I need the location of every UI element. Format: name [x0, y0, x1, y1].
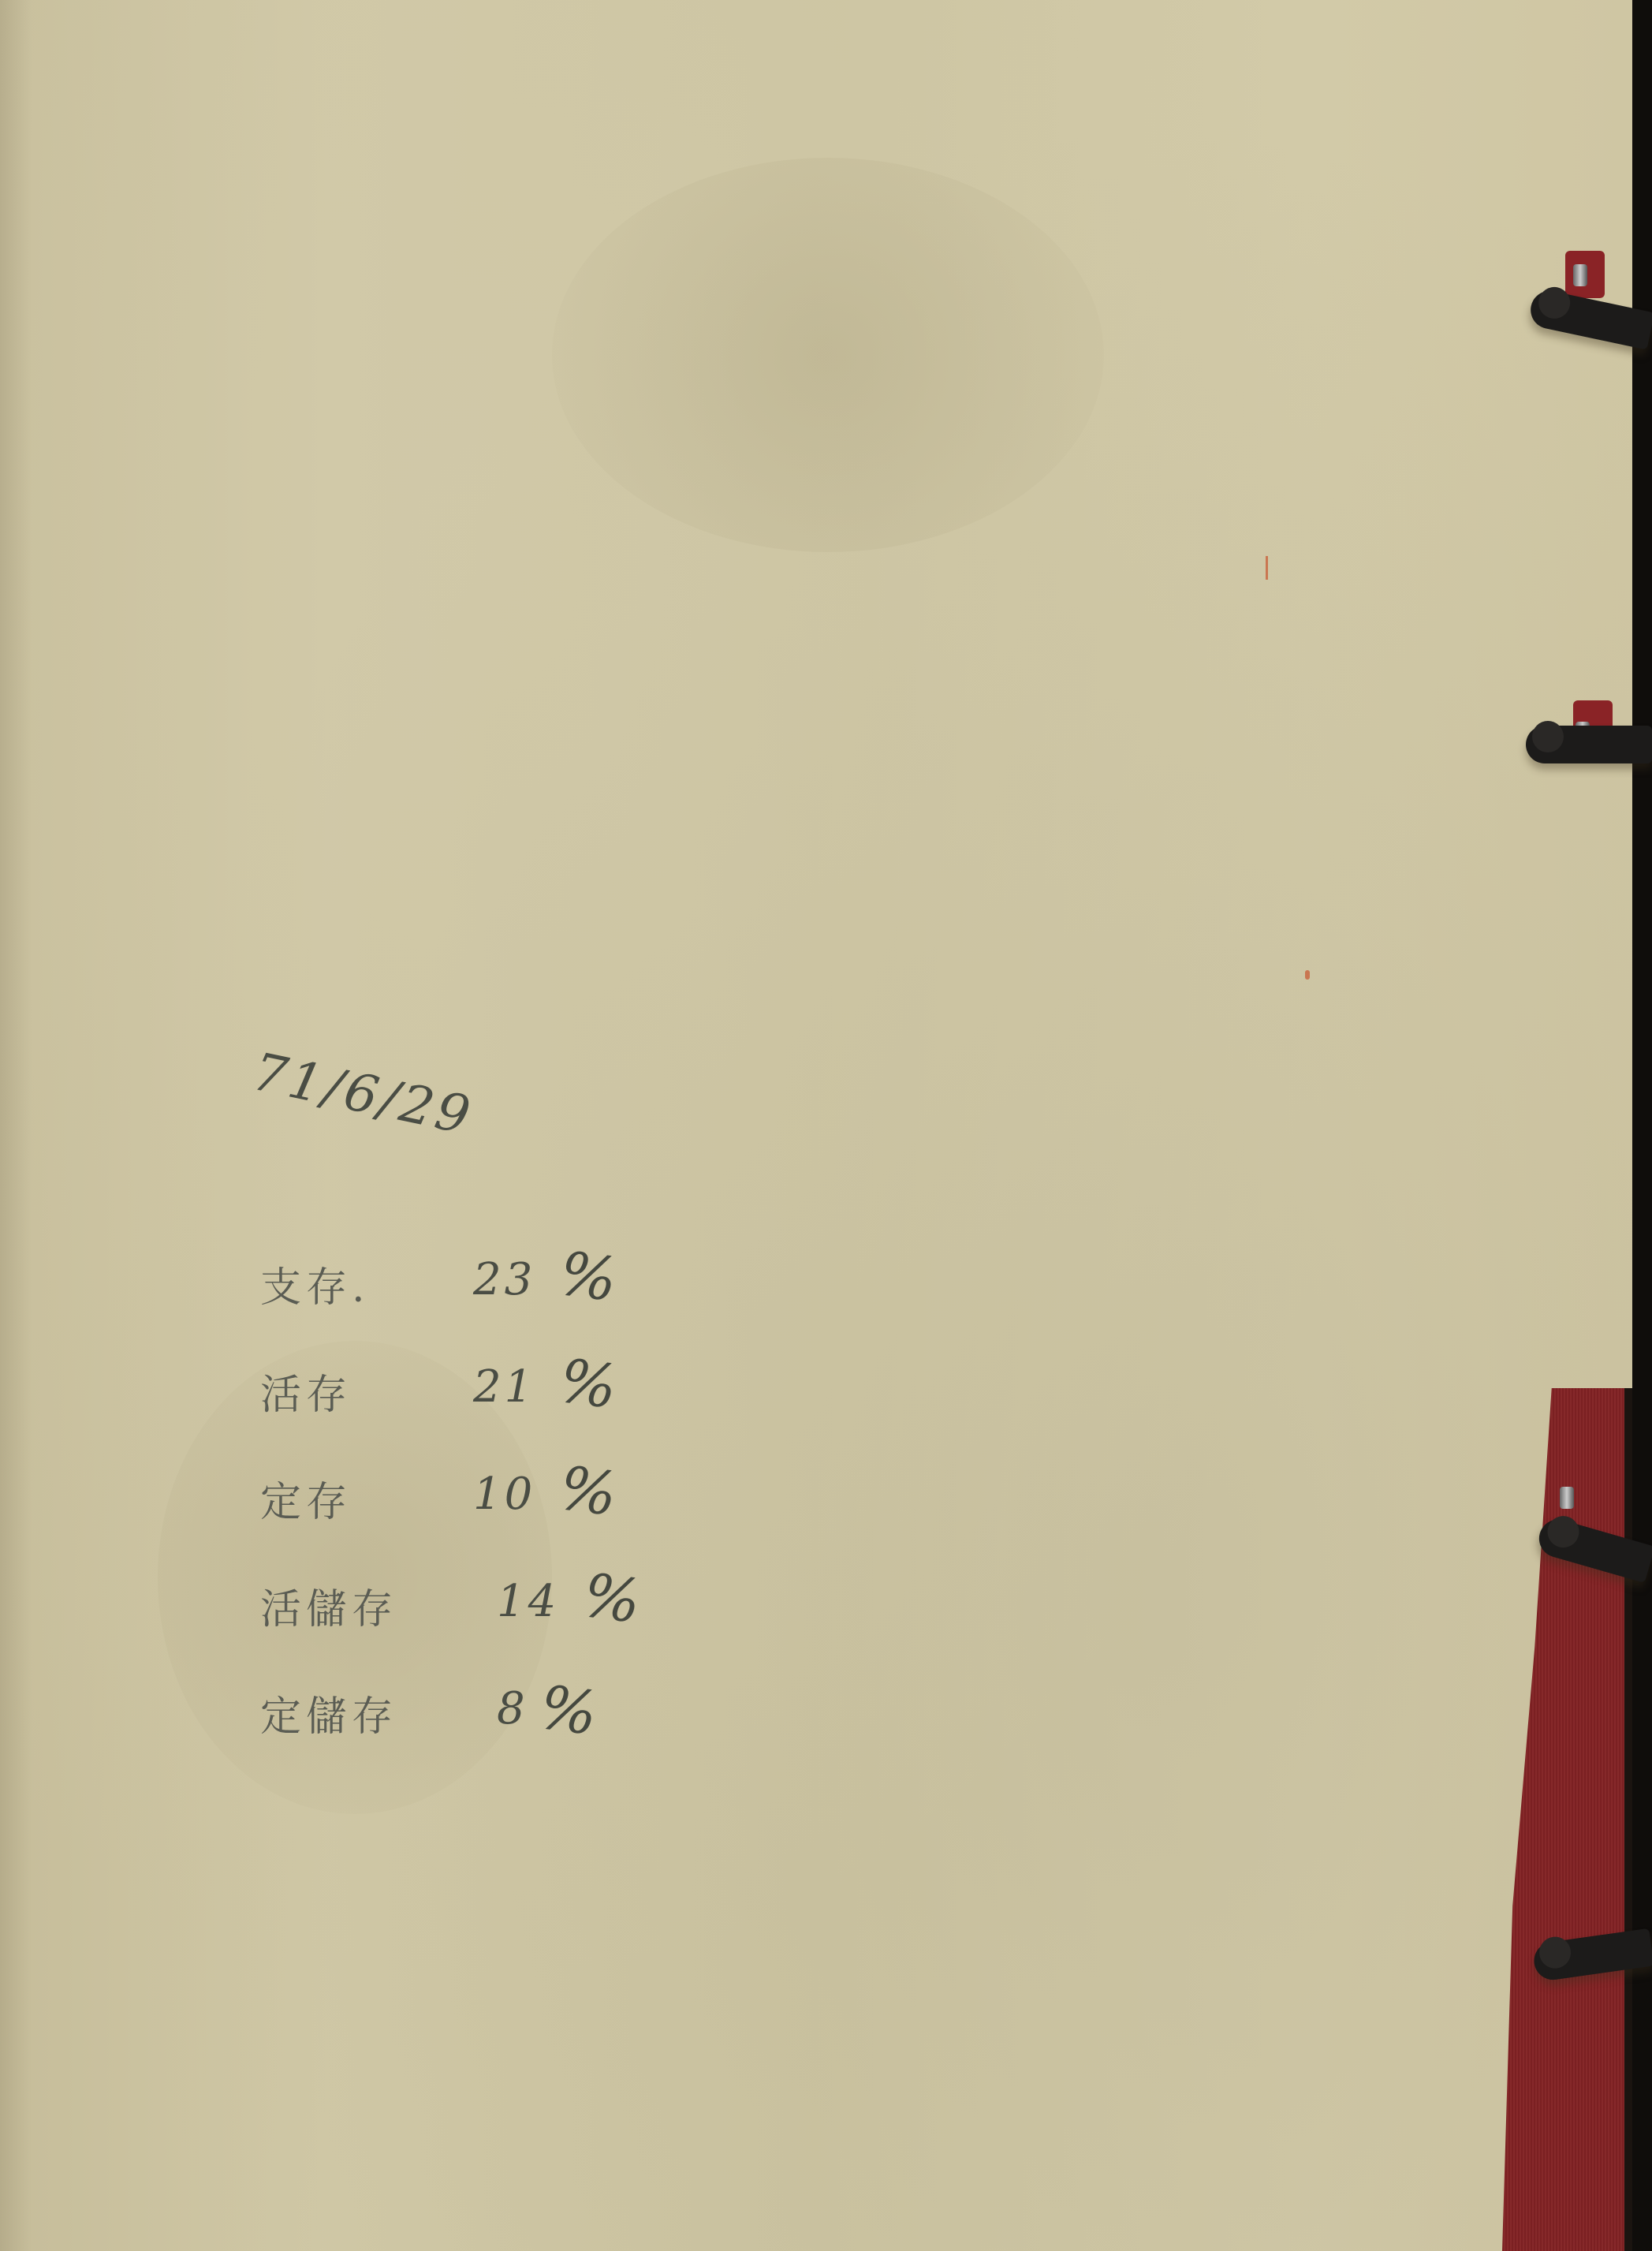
page-edge-shadow [0, 0, 32, 2251]
handwritten-entries-list: 支存. 23 % 活存 21 % 定存 10 % 活儲存 14 % 定儲存 8 … [260, 1246, 639, 1783]
entry-value: 21 [473, 1361, 535, 1413]
entry-label: 活儲存 [260, 1576, 397, 1635]
entry-label: 定存 [260, 1469, 352, 1528]
entry-percent-sign: % [555, 1452, 625, 1530]
handwritten-date: 71/6/29 [248, 1041, 478, 1147]
entry-row: 活儲存 14 % [260, 1568, 639, 1675]
red-ink-mark [1266, 556, 1268, 580]
red-ink-mark [1305, 970, 1310, 980]
entry-label: 支存. [260, 1254, 370, 1313]
paper-page: 71/6/29 支存. 23 % 活存 21 % 定存 10 % 活儲存 14 … [0, 0, 1632, 2251]
entry-row: 支存. 23 % [260, 1246, 639, 1353]
metal-eyelet-icon [1560, 1487, 1574, 1509]
entry-label: 定儲存 [260, 1683, 397, 1742]
entry-value: 14 [497, 1576, 559, 1627]
entry-row: 定儲存 8 % [260, 1675, 639, 1783]
entry-row: 定存 10 % [260, 1461, 639, 1568]
entry-row: 活存 21 % [260, 1353, 639, 1461]
entry-percent-sign: % [535, 1671, 605, 1749]
binding-tie-2 [1526, 726, 1652, 763]
entry-value: 10 [473, 1469, 535, 1520]
entry-label: 活存 [260, 1361, 352, 1420]
entry-percent-sign: % [579, 1559, 648, 1637]
entry-value: 8 [497, 1683, 528, 1734]
entry-percent-sign: % [555, 1237, 625, 1316]
metal-eyelet-icon [1573, 264, 1587, 286]
entry-value: 23 [473, 1254, 535, 1305]
entry-percent-sign: % [555, 1345, 625, 1423]
paper-stain [552, 158, 1104, 552]
